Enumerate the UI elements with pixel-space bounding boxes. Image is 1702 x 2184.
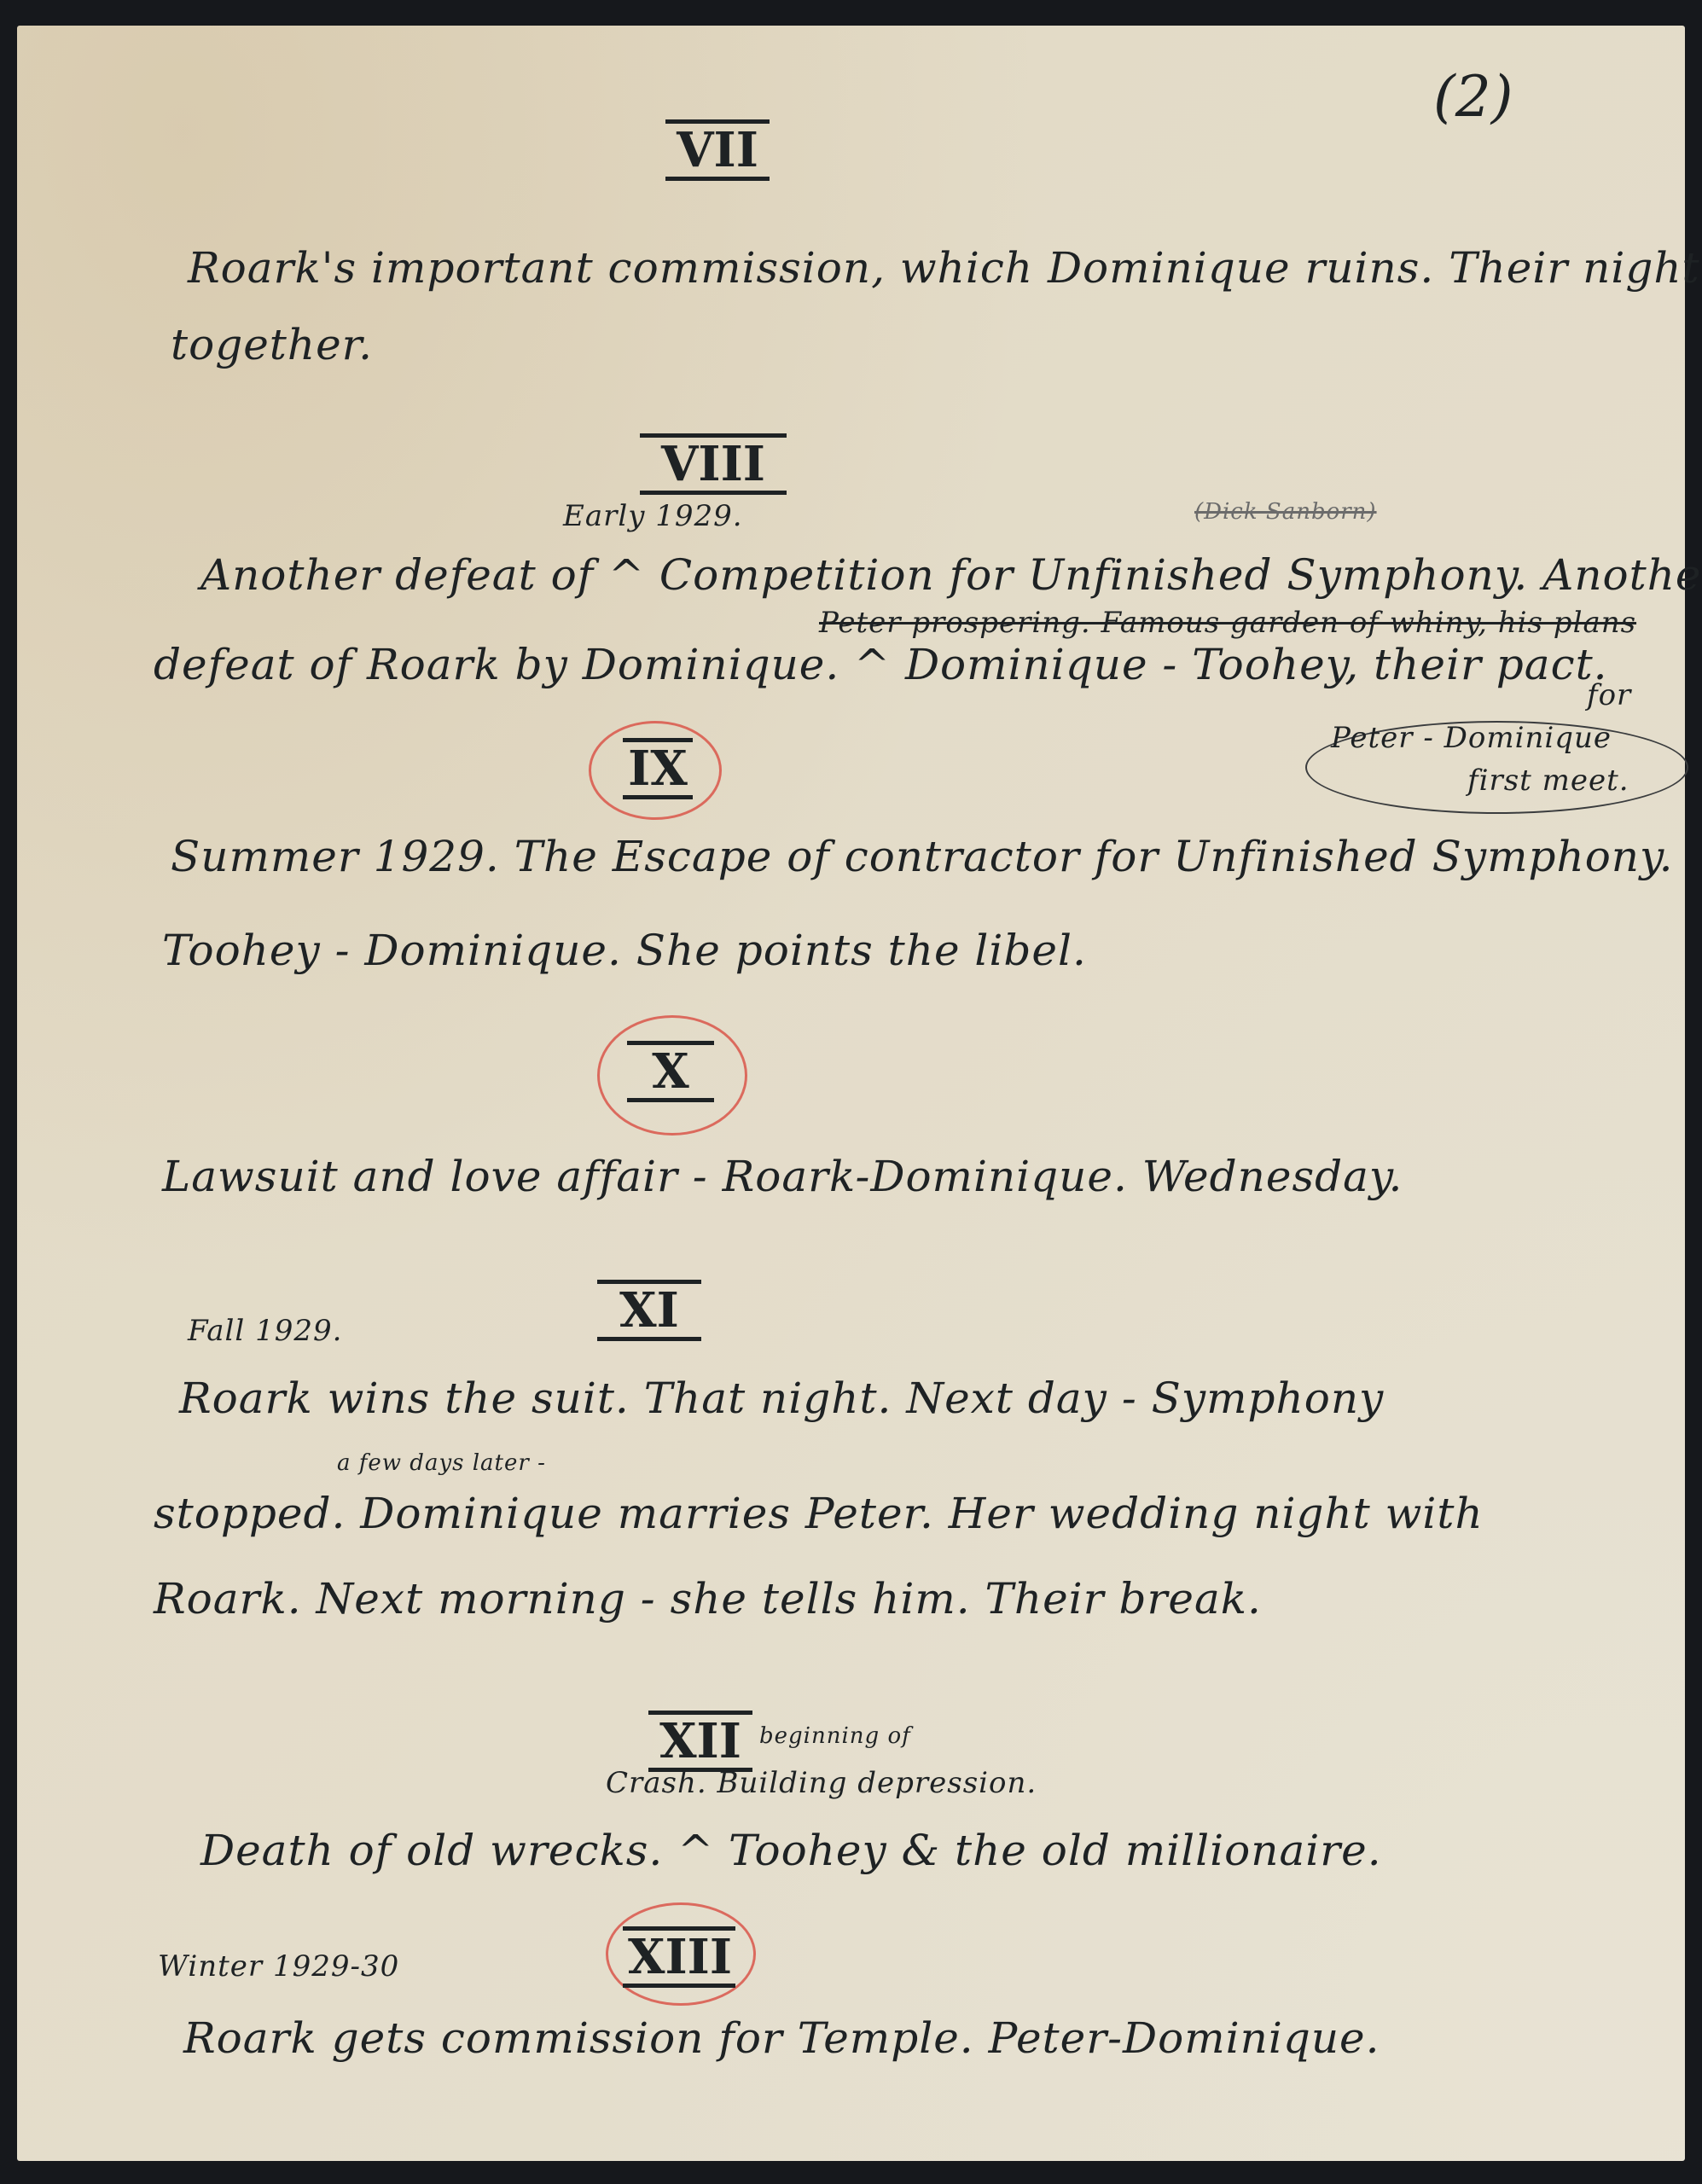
section-numeral-xii: XII bbox=[648, 1711, 752, 1772]
section-numeral-xiii: XIII bbox=[623, 1926, 735, 1988]
section-xi-date-insert: Fall 1929. bbox=[188, 1314, 342, 1348]
loop-note-peter-dominique: Peter - Dominique bbox=[1331, 721, 1612, 755]
section-xi-line-3: Roark. Next morning - she tells him. The… bbox=[154, 1574, 1262, 1623]
section-xi-line-2: stopped. Dominique marries Peter. Her we… bbox=[154, 1489, 1484, 1538]
section-xiii-date-insert: Winter 1929-30 bbox=[158, 1949, 399, 1984]
section-ix-line-2: Toohey - Dominique. She points the libel… bbox=[162, 926, 1087, 975]
page-number: (2) bbox=[1433, 64, 1513, 130]
section-numeral-viii: VIII bbox=[640, 433, 787, 495]
section-viii-marginal-struck: (Dick Sanborn) bbox=[1194, 499, 1377, 525]
section-numeral-ix: IX bbox=[623, 738, 693, 799]
section-xiii-line-1: Roark gets commission for Temple. Peter-… bbox=[183, 2013, 1380, 2063]
section-xii-interlinear: Crash. Building depression. bbox=[606, 1766, 1037, 1800]
manuscript-page: (2) VII Roark's important commission, wh… bbox=[17, 26, 1685, 2161]
section-viii-interlinear-struck: Peter prospering. Famous garden of whiny… bbox=[819, 606, 1636, 640]
section-numeral-x: X bbox=[627, 1041, 714, 1102]
section-numeral-xi: XI bbox=[597, 1280, 701, 1341]
loop-note-first-meet: first meet. bbox=[1467, 764, 1629, 798]
section-xii-line-1: Death of old wrecks. ^ Toohey & the old … bbox=[200, 1826, 1382, 1875]
section-numeral-vii: VII bbox=[665, 119, 770, 181]
section-ix-line-1: Summer 1929. The Escape of contractor fo… bbox=[171, 832, 1674, 881]
section-xii-interlinear-top: beginning of bbox=[759, 1723, 911, 1749]
section-xi-line-1: Roark wins the suit. That night. Next da… bbox=[179, 1374, 1384, 1423]
section-viii-date-insert: Early 1929. bbox=[563, 499, 743, 533]
section-vii-line-1: Roark's important commission, which Domi… bbox=[188, 243, 1700, 293]
section-x-line-1: Lawsuit and love affair - Roark-Dominiqu… bbox=[162, 1152, 1403, 1201]
section-vii-line-2: together. bbox=[171, 320, 373, 369]
section-xi-interlinear: a few days later - bbox=[337, 1450, 546, 1476]
section-viii-line-1: Another defeat of ^ Competition for Unfi… bbox=[200, 550, 1702, 600]
loop-arrow-for: for bbox=[1587, 678, 1631, 712]
section-viii-line-2: defeat of Roark by Dominique. ^ Dominiqu… bbox=[154, 640, 1608, 689]
